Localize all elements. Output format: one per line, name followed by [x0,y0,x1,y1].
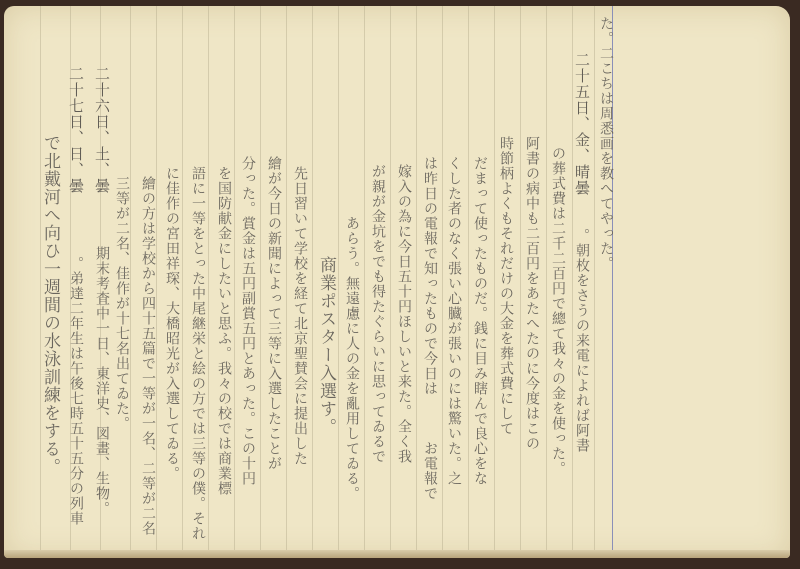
poster-line-3: 分った。賞金は五円副賞五円とあった。この十円 [238,156,258,486]
entry-25-line-10: あらう。無遠慮に人の金を亂用してゐる。 [342,216,362,501]
entry-25-line-8: 嫁入の為に今日五十円ほしいと来た。全く我 [394,164,414,464]
poster-line-5: 語に一等をとった中尾継栄と絵の方では三等の僕。それ [188,166,208,541]
ruled-line [312,6,313,558]
ruled-line [260,6,261,558]
entry-25-line-5: だまって使ったものだ。銭に目み瞎んで良心をな [470,156,490,486]
ruled-line [416,6,417,558]
page-bottom-edge [4,550,790,558]
ruled-line [208,6,209,558]
entry-27-date: 二十七日、日、曇 [66,66,86,194]
entry-25-line-7: は昨日の電報で知ったもので今日は お電報で [420,156,440,501]
poster-line-8: 三等が二名、佳作が十七名出てゐた。 [112,176,132,431]
poster-heading: 商業ポスター入選す。 [316,256,336,436]
ruled-line [390,6,391,558]
ruled-line [234,6,235,558]
ruled-line [182,6,183,558]
entry-26-line-0: 期末考査中一日、東洋史、図畫、生物。 [92,246,112,516]
ruled-line [364,6,365,558]
entry-25-line-1: 。朝枚をさうの来電によれば阿書 [572,228,592,453]
ruled-line [520,6,521,558]
ruled-line [468,6,469,558]
poster-line-1: 先日習いて学校を経て北京聖賛会に提出した [290,166,310,466]
ruled-line [494,6,495,558]
entry-25-line-3: 阿書の病中も二百円をあたへたのに今度はこの [522,136,542,451]
entry-25-line-9: が親が金坑をでも得たぐらいに思ってゐるで [368,164,388,464]
entry-27-line-0: 。弟達二年生は午後七時五十五分の列車 [66,256,86,526]
ruled-line [338,6,339,558]
entry-25-date: 二十五日、金、晴曇 [572,52,592,196]
ruled-line [594,6,595,558]
poster-line-6: に佳作の宮田祥琛、大橋昭光が入選してゐる。 [162,166,182,481]
ruled-line [546,6,547,558]
ruled-line [442,6,443,558]
ruled-line [286,6,287,558]
entry-26-date: 二十六日、土、曇 [92,66,112,194]
poster-line-7: 繪の方は学校から四十五篇で一等が一名、二等が二名 [138,176,158,536]
entry-27-line-1: で北戴河へ向ひ一週間の水泳訓練をする。 [40,134,60,476]
entry-25-line-4: 時節柄よくもそれだけの大金を葬式費にして [496,136,516,436]
poster-line-2: 繪が今日の新聞によって三等に入選したことが [264,156,284,471]
entry-25-line-0: た。二こちは周悉画を教へてやった。 [596,16,616,271]
entry-25-line-6: くした者のなく張い心臓が張いのには驚いた。之 [444,156,464,486]
entry-25-line-2: の葬式費は二千二百円で總て我々の金を使った。 [548,146,568,476]
notebook-page: た。二こちは周悉画を教へてやった。 二十五日、金、晴曇 。朝枚をさうの来電によれ… [4,6,790,558]
poster-line-4: を国防献金にしたいと思ふ。我々の校では商業標 [214,166,234,496]
